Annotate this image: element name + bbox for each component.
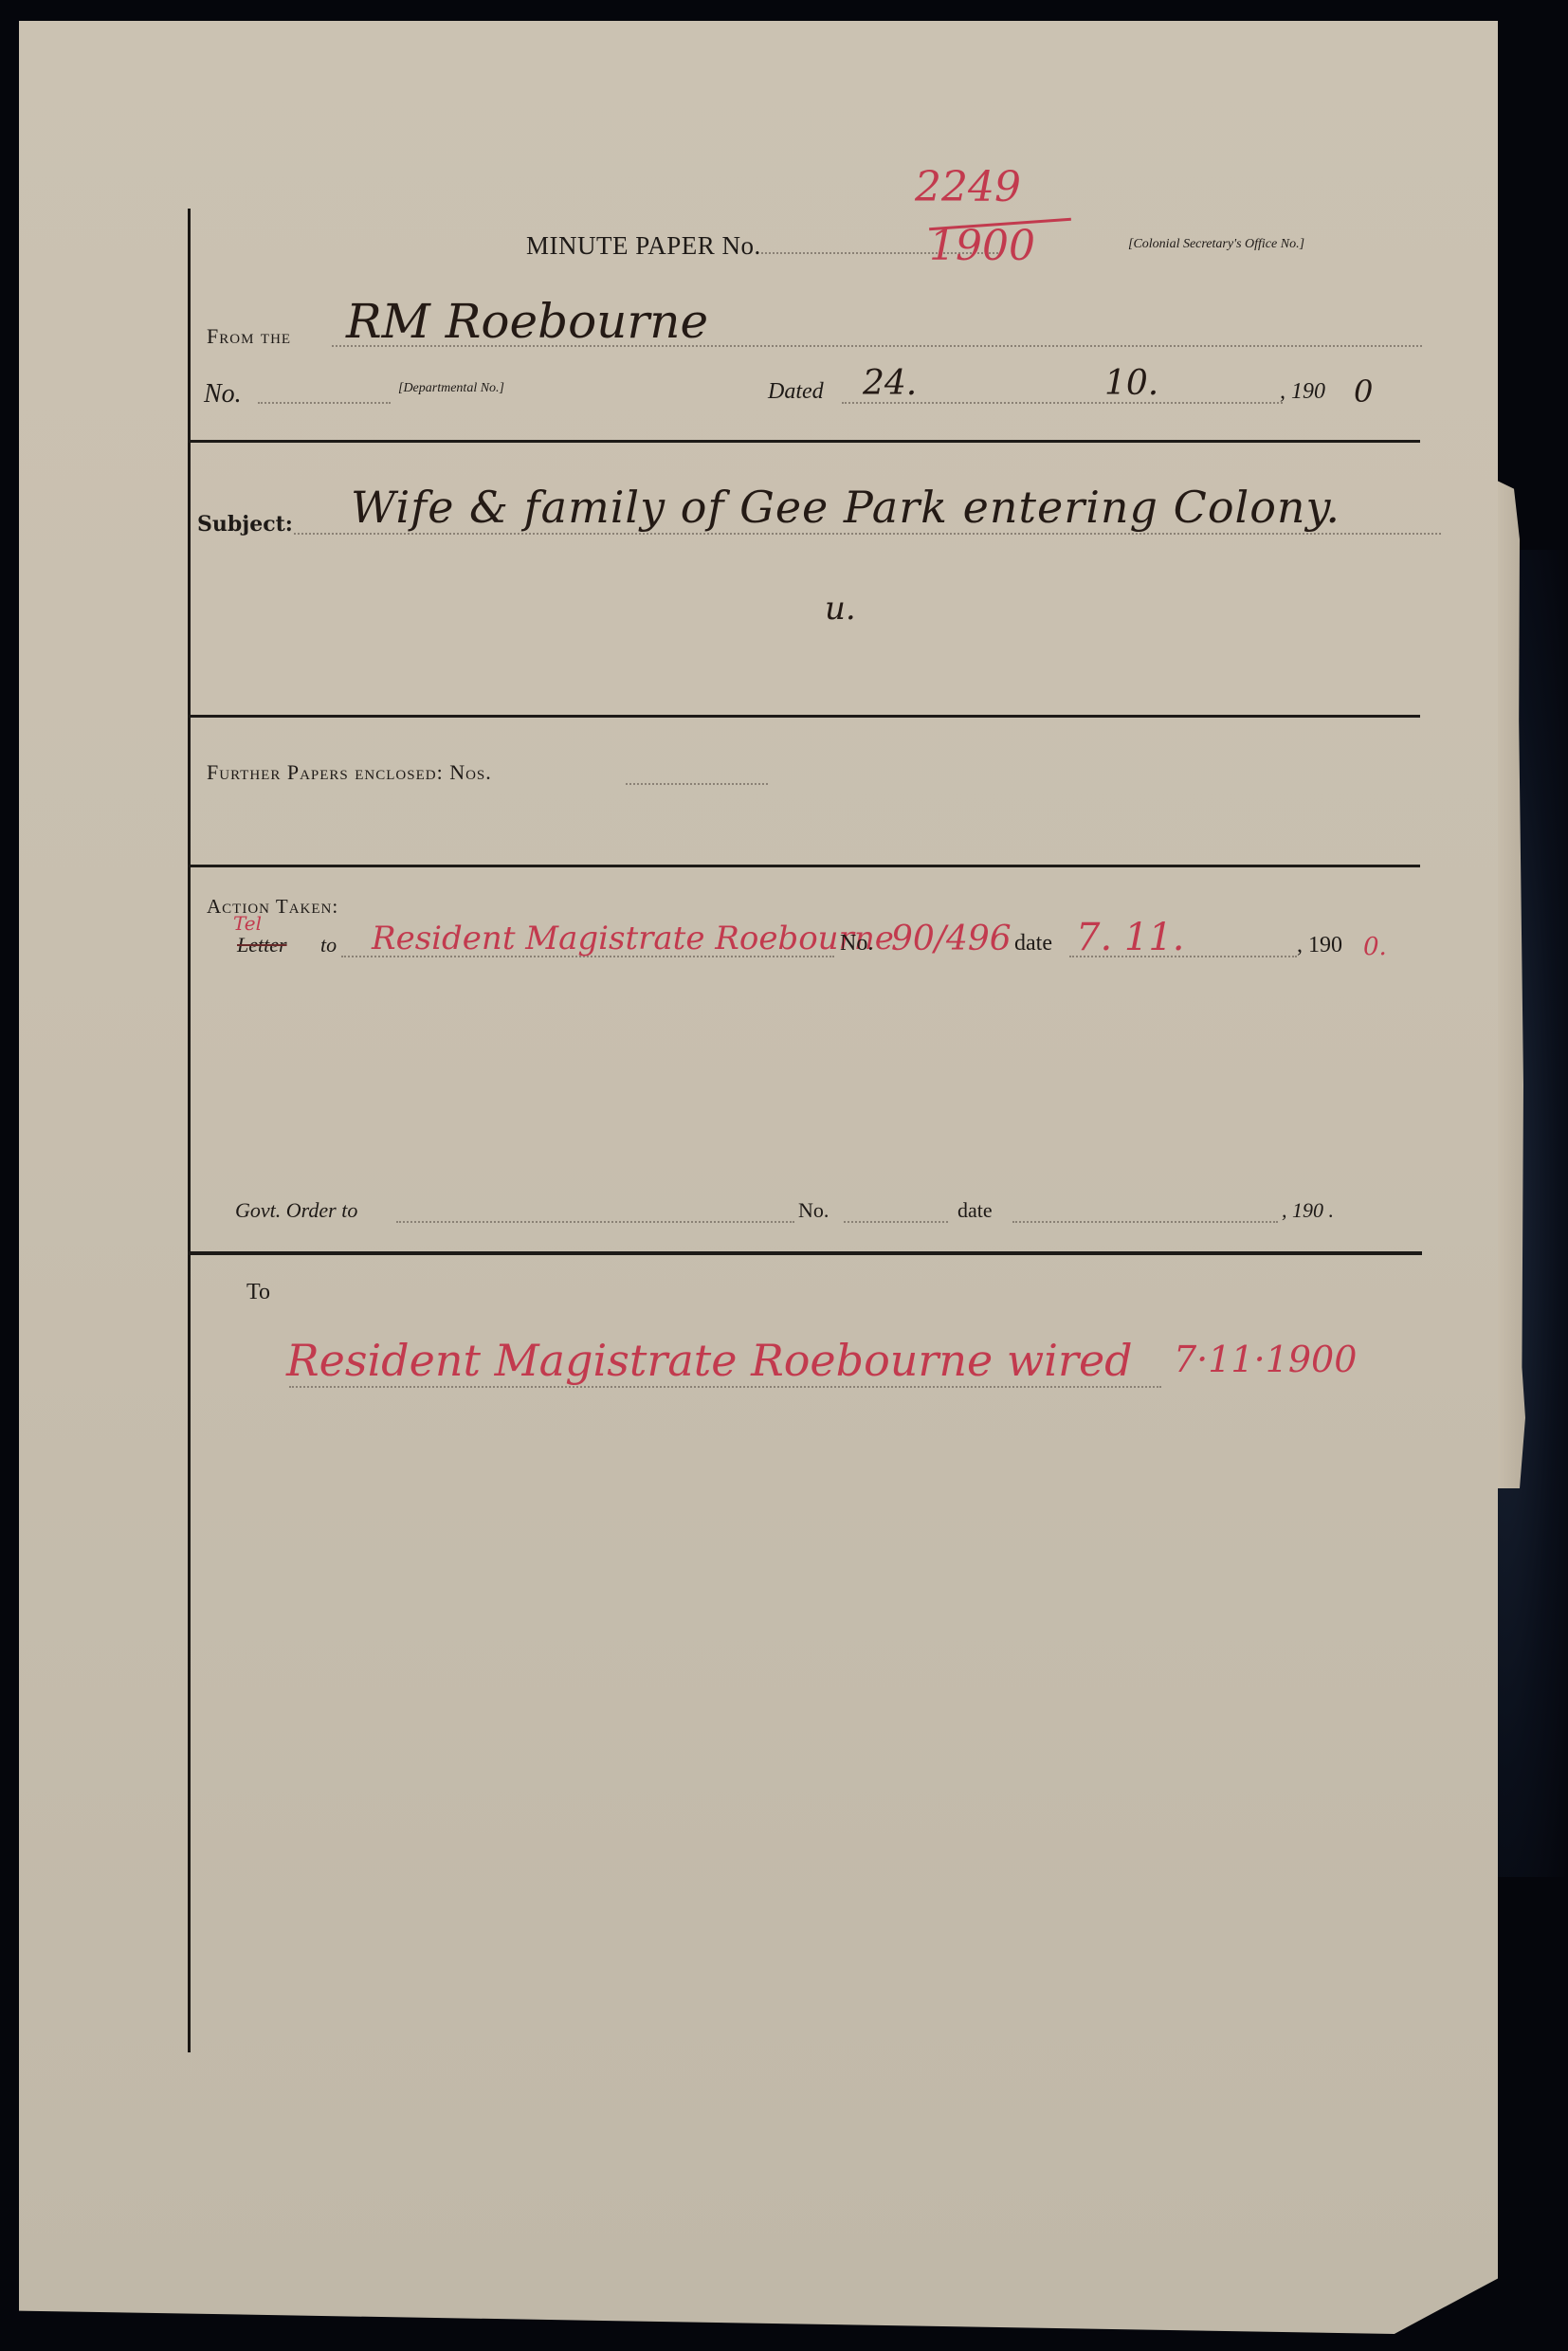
to-label: To [246,1280,270,1305]
subject-value: Wife & family of Gee Park entering Colon… [351,482,1340,533]
govt-date-field[interactable] [1012,1221,1278,1223]
further-papers-field[interactable] [626,783,768,785]
subject-label: Subject: [197,512,293,537]
departmental-no-field[interactable] [258,402,391,404]
divider-3 [188,865,1420,867]
action-to-label: to [320,933,337,957]
dated-day: 24. [863,364,917,403]
govt-date-label: date [957,1198,993,1223]
subject-field[interactable] [294,533,1441,535]
departmental-note: [Departmental No.] [398,381,504,396]
dated-year-prefix: , 190 [1280,379,1325,405]
action-taken-label: Action Taken: [207,895,338,919]
margin-rule [188,209,191,2052]
action-letter-struck: Letter [237,933,287,957]
divider-1 [188,440,1420,443]
minute-number-handwritten: 2249 [915,163,1021,211]
page-title: MINUTE PAPER No. [526,231,998,261]
govt-no-label: No. [798,1198,829,1223]
from-label: From the [207,324,291,349]
divider-2 [188,715,1420,718]
dated-label: Dated [768,379,824,405]
to-value: Resident Magistrate Roebourne wired [286,1335,1133,1386]
to-date: 7·11·1900 [1174,1339,1357,1380]
office-note: [Colonial Secretary's Office No.] [1128,237,1304,252]
divider-4 [188,1251,1422,1255]
minute-year-handwritten: 1900 [929,222,1035,270]
further-papers-label: Further Papers enclosed: Nos. [207,760,492,785]
action-to-value: Resident Magistrate Roebourne [372,920,894,957]
from-value: RM Roebourne [346,294,708,349]
subject-initial: u. [825,590,856,628]
dated-month: 10. [1104,364,1158,403]
action-year-suffix: 0. [1363,933,1387,961]
govt-no-field[interactable] [844,1221,948,1223]
action-no-label: No. [840,931,873,957]
govt-order-label: Govt. Order to [235,1198,357,1223]
dated-year-suffix: 0 [1354,374,1373,410]
action-year-prefix: , 190 [1297,933,1342,958]
action-date-value: 7. 11. [1076,916,1185,959]
govt-year: , 190 . [1282,1198,1334,1223]
action-letter-replacement: Tel [233,912,262,935]
to-field[interactable] [289,1386,1161,1388]
govt-order-field[interactable] [396,1221,794,1223]
action-no-value: 90/496 [891,920,1012,958]
action-date-label: date [1014,931,1052,957]
minute-paper: MINUTE PAPER No. 2249 1900 [Colonial Sec… [19,21,1498,2334]
no-label: No. [204,379,242,410]
